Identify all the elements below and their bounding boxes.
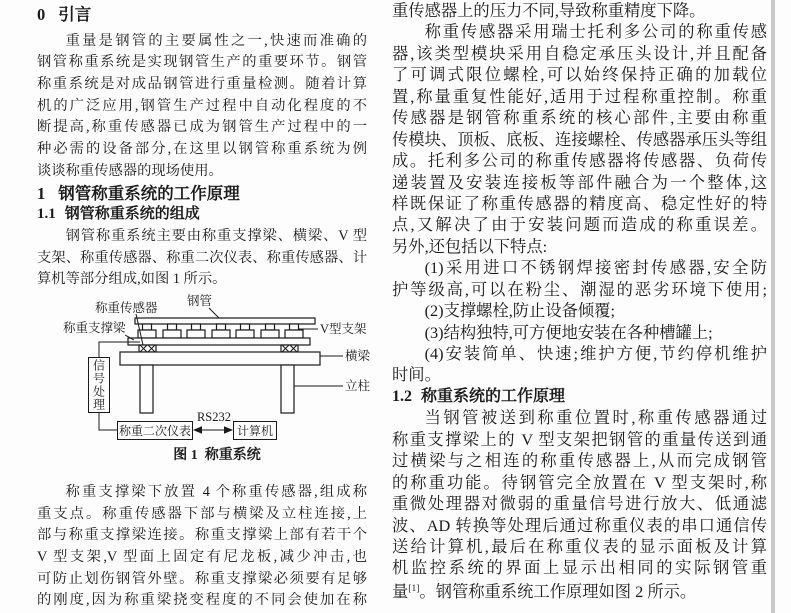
text-line: 称重支撑梁上的 V 型支架把钢管的重量传送到通 bbox=[392, 429, 767, 450]
section-1-2-heading: 1.2称重系统的工作原理 bbox=[392, 386, 767, 407]
text-line: 支架、称重传感器、称重二次仪表、称重传感器、计 bbox=[37, 248, 367, 270]
figure-1: 称重传感器 钢管 称重支撑梁 V型支架 横梁 立柱 信号处理 称重二次仪表 RS… bbox=[37, 293, 367, 465]
text-line: 的称重功能。待钢管完全放置在 V 型支架时,称 bbox=[392, 472, 767, 493]
text-line: 了可调式限位螺栓,可以始终保持正确的加载位 bbox=[392, 64, 767, 85]
text-line: 成。托利多公司的称重传感器将传感器、负荷传 bbox=[392, 150, 767, 171]
text-line: 称重传感器采用瑞士托利多公司的称重传感 bbox=[392, 21, 767, 42]
citation-reference: [1] bbox=[408, 584, 419, 594]
section-1-title: 钢管称重系统的工作原理 bbox=[58, 184, 240, 203]
section-1-1-number: 1.1 bbox=[37, 206, 56, 222]
text-segment: 。钢管称重系统工作原理如图 2 所示。 bbox=[419, 582, 696, 600]
paragraph-2: 钢管称重系统主要由称重支撑梁、横梁、V 型 支架、称重传感器、称重二次仪表、称重… bbox=[37, 226, 367, 291]
section-1-heading: 1钢管称重系统的工作原理 bbox=[37, 183, 367, 205]
weighing-system-diagram bbox=[37, 293, 367, 465]
steel-pipe-leader bbox=[209, 308, 219, 318]
text-line: 另外,还包括以下特点: bbox=[392, 236, 767, 257]
column-right bbox=[281, 365, 294, 413]
cross-beam-label: 横梁 bbox=[345, 349, 370, 363]
text-line: 器,该类型模块采用自稳定承压头设计,并且配备 bbox=[392, 43, 767, 64]
text-line: 置,称量重复性能好,适用于过程称重控制。称重 bbox=[392, 86, 767, 107]
column-left bbox=[140, 365, 153, 413]
text-line: 机监控系统的界面上显示出相同的实际钢管重 bbox=[392, 557, 767, 578]
text-line: 过横梁与之相连的称重传感器上,从而完成钢管 bbox=[392, 450, 767, 471]
list-item-line: (1)采用进口不锈钢焊接密封传感器,安全防 bbox=[392, 257, 767, 278]
text-line-with-reference: 量[1]。钢管称重系统工作原理如图 2 所示。 bbox=[392, 579, 767, 600]
cross-beam-bar bbox=[120, 352, 320, 365]
figure-1-caption: 图 1 称重系统 bbox=[37, 444, 367, 464]
signal-processing-box: 信号处理 bbox=[88, 357, 110, 413]
steel-pipe-label: 钢管 bbox=[187, 294, 212, 308]
text-line: V 型支架,V 型面上固定有尼龙板,减少冲击,也 bbox=[37, 547, 367, 569]
scan-edge-line bbox=[771, 0, 775, 613]
text-segment: 量 bbox=[392, 582, 408, 600]
text-line: 波、AD 转换等处理后通过称重仪表的串口通信传 bbox=[392, 515, 767, 536]
section-0-title: 引言 bbox=[58, 5, 91, 24]
list-item-line: 护等级高,可以在粉尘、潮湿的恶劣环境下使用; bbox=[392, 279, 767, 300]
text-line: 重微处理器对微弱的重量信号进行放大、低通滤 bbox=[392, 493, 767, 514]
list-item-line: (4)安装简单、快速;维护方便,节约停机维护 bbox=[392, 343, 767, 364]
text-line: 断提高,称重传感器已成为钢管生产过程中的一 bbox=[37, 117, 367, 139]
text-line: 称重支撑梁下放置 4 个称重传感器,组成称 bbox=[37, 482, 367, 504]
paragraph-3: 称重支撑梁下放置 4 个称重传感器,组成称 重支点。称重传感器下部与横梁及立柱连… bbox=[37, 482, 367, 612]
support-beam-label: 称重支撑梁 bbox=[63, 321, 126, 335]
text-line: 送给计算机,最后在称重仪表的显示面板及计算 bbox=[392, 536, 767, 557]
v-bracket-label: V型支架 bbox=[320, 322, 367, 336]
signal-to-instrument-line bbox=[99, 413, 117, 430]
text-line: 递装置及安装连接板等部件融合为一个整体,这 bbox=[392, 172, 767, 193]
section-0-heading: 0引言 bbox=[37, 4, 367, 26]
text-line: 称重系统是对成品钢管进行重量检测。随着计算 bbox=[37, 74, 367, 96]
section-1-1-heading: 1.1钢管称重系统的组成 bbox=[37, 204, 367, 226]
text-line: 传感器是钢管称重系统的核心部件,主要由称重 bbox=[392, 107, 767, 128]
support-beam-bar bbox=[128, 338, 310, 345]
text-line: 算机等部分组成,如图 1 所示。 bbox=[37, 269, 367, 291]
paragraph-1: 重量是钢管的主要属性之一,快速而准确的 钢管称重系统是实现钢管生产的重要环节。钢… bbox=[37, 31, 367, 183]
text-line: 可防止划伤钢管外壁。称重支撑梁必须要有足够 bbox=[37, 569, 367, 591]
list-item-line: 时间。 bbox=[392, 364, 767, 385]
text-line: 的刚度,因为称重梁挠变程度的不同会使加在称 bbox=[37, 590, 367, 612]
left-column: 0引言 重量是钢管的主要属性之一,快速而准确的 钢管称重系统是实现钢管生产的重要… bbox=[37, 0, 367, 612]
computer-box: 计算机 bbox=[233, 421, 277, 440]
secondary-instrument-box: 称重二次仪表 bbox=[117, 421, 193, 440]
text-line: 谈谈称重传感器的现场使用。 bbox=[37, 161, 367, 183]
text-line: 重支点。称重传感器下部与横梁及立柱连接,上 bbox=[37, 504, 367, 526]
text-line: 种必需的设备部分,在这里以钢管称重系统为例 bbox=[37, 139, 367, 161]
text-line: 传模块、顶板、底板、连接螺栓、传感器承压头等组 bbox=[392, 129, 767, 150]
section-1-1-title: 钢管称重系统的组成 bbox=[65, 206, 200, 222]
text-line: 钢管称重系统主要由称重支撑梁、横梁、V 型 bbox=[37, 226, 367, 248]
text-line: 当钢管被送到称重位置时,称重传感器通过 bbox=[392, 407, 767, 428]
list-item-line: (2)支撑螺栓,防止设备倾覆; bbox=[392, 300, 767, 321]
rs232-label: RS232 bbox=[195, 410, 233, 424]
document-page: 0引言 重量是钢管的主要属性之一,快速而准确的 钢管称重系统是实现钢管生产的重要… bbox=[0, 0, 791, 613]
text-line: 部与称重支撑梁连接。称重支撑梁上部有若干个 bbox=[37, 525, 367, 547]
section-0-number: 0 bbox=[37, 5, 45, 24]
text-line: 点,又解决了由于安装问题而造成的称重误差。 bbox=[392, 214, 767, 235]
right-column: 重传感器上的压力不同,导致称重精度下降。 称重传感器采用瑞士托利多公司的称重传感… bbox=[392, 0, 767, 600]
text-line: 钢管称重系统是实现钢管生产的重要环节。钢管 bbox=[37, 52, 367, 74]
list-item-line: (3)结构独特,可方便地安装在各种槽罐上; bbox=[392, 322, 767, 343]
section-1-2-number: 1.2 bbox=[392, 388, 412, 405]
section-1-2-title: 称重系统的工作原理 bbox=[421, 388, 565, 405]
text-line: 样既保证了称重传感器的精度高、稳定性好的特 bbox=[392, 193, 767, 214]
section-1-number: 1 bbox=[37, 184, 45, 203]
text-line: 机的广泛应用,钢管生产过程中自动化程度的不 bbox=[37, 96, 367, 118]
text-line: 重量是钢管的主要属性之一,快速而准确的 bbox=[37, 31, 367, 53]
load-cell-label: 称重传感器 bbox=[95, 301, 158, 315]
column-label: 立柱 bbox=[345, 379, 370, 393]
text-line: 重传感器上的压力不同,导致称重精度下降。 bbox=[392, 0, 767, 21]
steel-pipe-bar bbox=[135, 318, 315, 324]
